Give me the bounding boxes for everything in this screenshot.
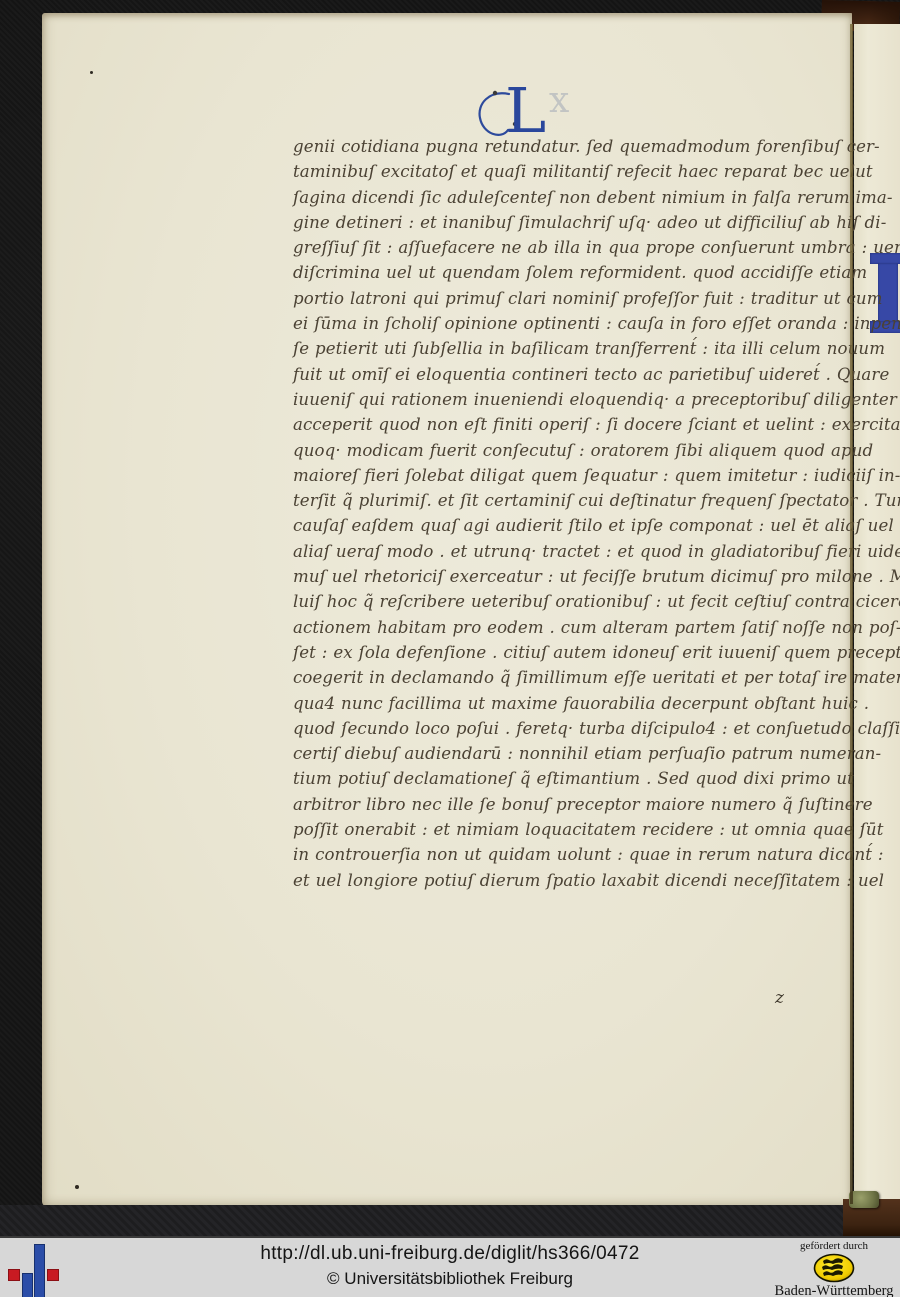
- ghost-letter-showthrough: x: [549, 80, 569, 121]
- manuscript-line: tium potiuſ declamationeſ q̃ eſtimantium…: [293, 769, 823, 794]
- manuscript-line: qua4 nunc facillima ut maxime fauorabili…: [293, 694, 823, 719]
- manuscript-line: fuit ut omīſ ei eloquentia contineri tec…: [293, 365, 823, 390]
- ink-speck: [75, 1185, 79, 1189]
- manuscript-page: L x genii cotidiana pugna retundatur. ſe…: [42, 13, 852, 1207]
- scan-bottom-shadow: [0, 1205, 900, 1236]
- manuscript-line: iuueniſ qui rationem inueniendi eloquend…: [293, 390, 823, 415]
- manuscript-line: coegerit in declamando q̃ ſimillimum eſſ…: [293, 668, 823, 693]
- manuscript-line: maioreſ fieri ſolebat diligat quem ſequa…: [293, 466, 823, 491]
- funding-region-name: Baden-Württemberg: [774, 1283, 894, 1297]
- manuscript-line: muſ uel rhetoriciſ exerceatur : ut feciſ…: [293, 567, 823, 592]
- page-gutter-shadow: [850, 24, 853, 1204]
- manuscript-line: acceperit quod non eſt finiti operiſ : ſ…: [293, 415, 823, 440]
- quire-signature: z: [775, 988, 784, 1008]
- manuscript-line: quod ſecundo loco poſui . feretq· turba …: [293, 719, 823, 744]
- manuscript-line: ſet : ex ſola defenſione . citiuſ autem …: [293, 643, 823, 668]
- manuscript-line: ſagina dicendi ſic aduleſcenteſ non debe…: [293, 188, 823, 213]
- manuscript-line: quoq· modicam fuerit conſecutuſ : orator…: [293, 441, 823, 466]
- ink-speck: [90, 71, 93, 74]
- manuscript-line: gine detineri : et inanibuſ ſimulachriſ …: [293, 213, 823, 238]
- manuscript-line: in controuerſia non ut quidam uolunt : q…: [293, 845, 823, 870]
- manuscript-line: genii cotidiana pugna retundatur. ſed qu…: [293, 137, 823, 162]
- footer-text-block: http://dl.ub.uni-freiburg.de/diglit/hs36…: [0, 1243, 900, 1289]
- manuscript-textblock: genii cotidiana pugna retundatur. ſed qu…: [293, 137, 823, 896]
- manuscript-line: aliaſ ueraſ modo . et utrunq· tractet : …: [293, 542, 823, 567]
- manuscript-line: terſit q̃ plurimiſ. et ſit certaminiſ cu…: [293, 491, 823, 516]
- funding-label: gefördert durch: [774, 1240, 894, 1252]
- manuscript-line: ſe petierit uti ſubſellia in baſilicam t…: [293, 339, 823, 364]
- digitization-footer: http://dl.ub.uni-freiburg.de/diglit/hs36…: [0, 1236, 900, 1297]
- manuscript-line: actionem habitam pro eodem . cum alteram…: [293, 618, 823, 643]
- copyright-notice: © Universitätsbibliothek Freiburg: [0, 1269, 900, 1289]
- baden-wuerttemberg-coat-of-arms-icon: [812, 1253, 856, 1283]
- manuscript-line: et uel longiore potiuſ dierum ſpatio lax…: [293, 871, 823, 896]
- funding-block: gefördert durch Baden-Württemberg: [774, 1240, 894, 1297]
- manuscript-line: greſſiuſ ſit : aſſuefacere ne ab illa in…: [293, 238, 823, 263]
- manuscript-line: certiſ diebuſ audiendarū : nonnihil etia…: [293, 744, 823, 769]
- persistent-url: http://dl.ub.uni-freiburg.de/diglit/hs36…: [0, 1243, 900, 1265]
- manuscript-line: ei ſūma in ſcholiſ opinione optinenti : …: [293, 314, 823, 339]
- book-clasp: [849, 1191, 879, 1208]
- manuscript-line: arbitror libro nec ille ſe bonuſ precept…: [293, 795, 823, 820]
- manuscript-line: portio latroni qui primuſ clari nominiſ …: [293, 289, 823, 314]
- manuscript-line: poſſit onerabit : et nimiam loquacitatem…: [293, 820, 823, 845]
- manuscript-line: diſcrimina uel ut quendam ſolem reformid…: [293, 263, 823, 288]
- manuscript-line: cauſaſ eaſdem quaſ agi audierit ſtilo et…: [293, 516, 823, 541]
- digitized-manuscript-scan: L x genii cotidiana pugna retundatur. ſe…: [0, 0, 900, 1297]
- manuscript-line: taminibuſ excitatoſ et quaſi militantiſ …: [293, 162, 823, 187]
- manuscript-line: luiſ hoc q̃ reſcribere ueteribuſ oration…: [293, 592, 823, 617]
- ink-dot: [493, 91, 497, 95]
